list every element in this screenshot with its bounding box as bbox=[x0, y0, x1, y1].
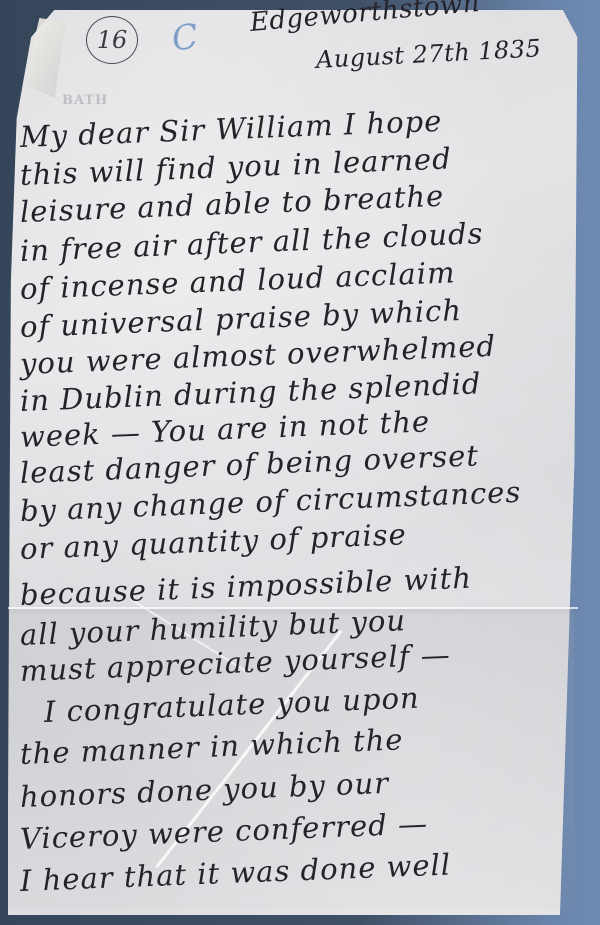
folio-number-circle: 16 bbox=[86, 16, 138, 64]
folio-number: 16 bbox=[97, 26, 128, 54]
blue-pencil-mark: C bbox=[169, 16, 200, 59]
embossed-stamp: BATH bbox=[62, 93, 108, 108]
